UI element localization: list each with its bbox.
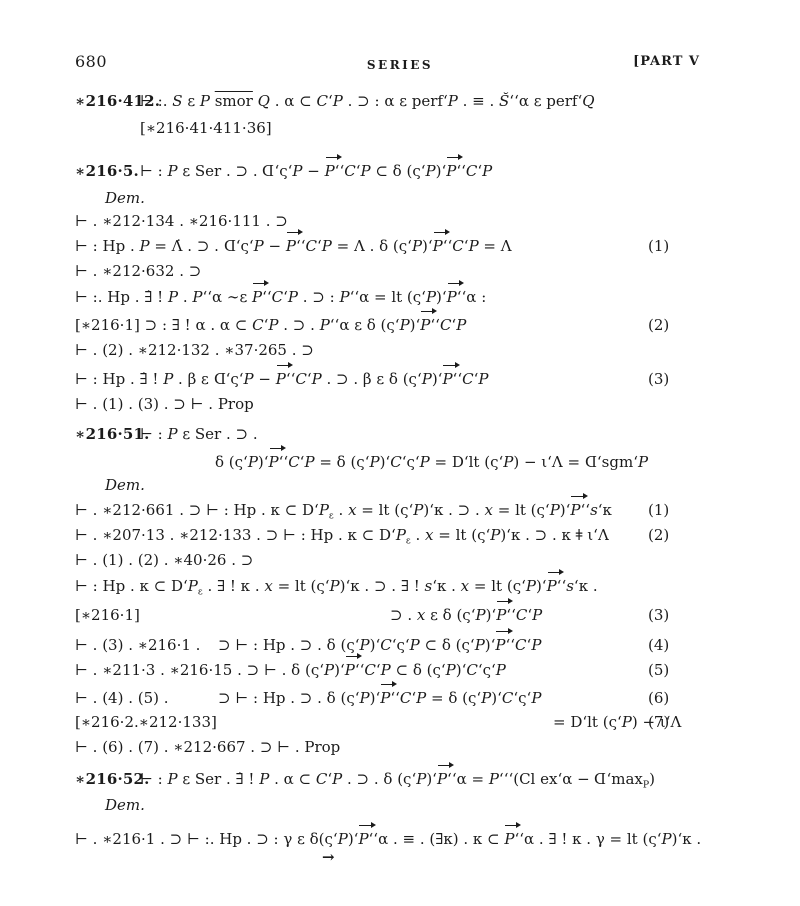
- proof-line: [∗216·2.∗212·133] = D‘lt (ς‘P) − ι‘Λ (7): [75, 713, 217, 732]
- proof-line: ⊢ : Hp . κ ⊂ D‘Pε . ∃ ! κ . x = lt (ς‘P)…: [75, 577, 598, 598]
- formula: [∗216·1] ⊃ : ∃ ! α . α ⊂ C‘P . ⊃ . P‘‘α …: [75, 316, 466, 334]
- dem-text: Dem.: [105, 189, 145, 207]
- prop-216-5-line: ∗216·5.⊢ : P ε Ser . ⊃ . D‘ς‘P − P‘‘C‘P …: [75, 162, 492, 181]
- equation-number: (3): [648, 370, 669, 389]
- equation-number: (4): [648, 636, 669, 655]
- part-label: [PART V: [633, 54, 700, 69]
- proof-line: [∗216·1] ⊃ : ∃ ! α . α ⊂ C‘P . ⊃ . P‘‘α …: [75, 316, 466, 335]
- formula-ref: ⊢ . (4) . (5) .: [75, 689, 169, 707]
- prop-216-51-line2: δ (ς‘P)‘P‘‘C‘P = δ (ς‘P)‘C‘ς‘P = D‘lt (ς…: [215, 453, 648, 472]
- proof-line: ⊢ : Hp . ∃̇ ! P . β ε D‘ς‘P − P‘‘C‘P . ⊃…: [75, 370, 488, 389]
- formula: ⊢ : Hp . ∃̇ ! P . β ε D‘ς‘P − P‘‘C‘P . ⊃…: [75, 370, 488, 388]
- formula-ref: [∗216·1]: [75, 606, 140, 624]
- proof-line: ⊢ . ∗212·661 . ⊃ ⊢ : Hp . κ ⊂ D‘Pε . x =…: [75, 501, 612, 522]
- formula-ref: [∗216·2.∗212·133]: [75, 713, 217, 731]
- proof-line: ⊢ . (3) . ∗216·1 . ⊃ ⊢ : Hp . ⊃ . δ (ς‘P…: [75, 636, 200, 655]
- formula: ⊃ . x ε δ (ς‘P)‘P‘‘C‘P: [390, 606, 542, 625]
- formula: ⊢ . ∗212·134 . ∗216·111 . ⊃: [75, 212, 288, 230]
- dem-text: Dem.: [105, 796, 145, 814]
- continuation-arrow-icon: →: [322, 848, 335, 866]
- formula: ⊢ : Hp . P = Λ̇ . ⊃ . D‘ς‘P − P‘‘C‘P = Λ…: [75, 237, 512, 255]
- formula: ⊢ . ∗212·661 . ⊃ ⊢ : Hp . κ ⊂ D‘Pε . x =…: [75, 501, 612, 519]
- formula: ⊢ : P ε Ser . ∃̇ ! P . α ⊂ C‘P . ⊃ . δ (…: [140, 770, 655, 788]
- formula: ⊢ :. Hp . ∃̇ ! P . P‘‘α ∼ε P‘‘C‘P . ⊃ : …: [75, 288, 486, 306]
- proof-line: ⊢ . ∗207·13 . ∗212·133 . ⊃ ⊢ : Hp . κ ⊂ …: [75, 526, 609, 547]
- dem-label: Dem.: [105, 796, 145, 815]
- proof-line: [∗216·1] ⊃ . x ε δ (ς‘P)‘P‘‘C‘P (3): [75, 606, 140, 625]
- proof-line: ⊢ . (1) . (2) . ∗40·26 . ⊃: [75, 551, 253, 570]
- formula: ⊢ . (1) . (3) . ⊃ ⊢ . Prop: [75, 395, 254, 413]
- formula: ⊢ : P ε Ser . ⊃ . D‘ς‘P − P‘‘C‘P ⊂ δ (ς‘…: [140, 162, 492, 180]
- equation-number: (1): [648, 501, 669, 520]
- equation-number: (5): [648, 661, 669, 680]
- equation-number: (7): [648, 713, 669, 732]
- prop-number: ∗216·5.: [75, 162, 140, 181]
- formula: ⊢ :. S ε P smor Q . α ⊂ C‘P . ⊃ : α ε pe…: [140, 92, 595, 110]
- proof-line: ⊢ . (6) . (7) . ∗212·667 . ⊃ ⊢ . Prop: [75, 738, 340, 757]
- book-page: 680 SERIES [PART V ∗216·412.⊢ :. S ε P s…: [0, 0, 800, 906]
- prop-216-51-line: ∗216·51.⊢ : P ε Ser . ⊃ .: [75, 425, 258, 444]
- reference: [∗216·41·411·36]: [140, 119, 272, 137]
- formula: δ (ς‘P)‘P‘‘C‘P = δ (ς‘P)‘C‘ς‘P = D‘lt (ς…: [215, 453, 648, 471]
- dem-label: Dem.: [105, 189, 145, 208]
- proof-line: ⊢ :. Hp . ∃̇ ! P . P‘‘α ∼ε P‘‘C‘P . ⊃ : …: [75, 288, 486, 307]
- formula: ⊢ . (1) . (2) . ∗40·26 . ⊃: [75, 551, 253, 569]
- proof-line: ⊢ . (4) . (5) . ⊃ ⊢ : Hp . ⊃ . δ (ς‘P)‘P…: [75, 689, 169, 708]
- proof-line: ⊢ : Hp . P = Λ̇ . ⊃ . D‘ς‘P − P‘‘C‘P = Λ…: [75, 237, 512, 256]
- prop-number: ∗216·51.: [75, 425, 140, 444]
- formula: ⊢ . (2) . ∗212·132 . ∗37·265 . ⊃: [75, 341, 314, 359]
- formula: ⊢ . ∗207·13 . ∗212·133 . ⊃ ⊢ : Hp . κ ⊂ …: [75, 526, 609, 544]
- formula: ⊢ : P ε Ser . ⊃ .: [140, 425, 258, 443]
- proof-line: ⊢ . (1) . (3) . ⊃ ⊢ . Prop: [75, 395, 254, 414]
- prop-216-412-line: ∗216·412.⊢ :. S ε P smor Q . α ⊂ C‘P . ⊃…: [75, 92, 595, 111]
- dem-text: Dem.: [105, 476, 145, 494]
- proof-line: ⊢ . (2) . ∗212·132 . ∗37·265 . ⊃: [75, 341, 314, 360]
- equation-number: (1): [648, 237, 669, 256]
- equation-number: (2): [648, 316, 669, 335]
- dem-label: Dem.: [105, 476, 145, 495]
- equation-number: (2): [648, 526, 669, 545]
- formula: ⊃ ⊢ : Hp . ⊃ . δ (ς‘P)‘P‘‘C‘P = δ (ς‘P)‘…: [218, 689, 541, 708]
- formula: ⊢ . ∗216·1 . ⊃ ⊢ :. Hp . ⊃ : γ ε δ(ς‘P)‘…: [75, 830, 701, 848]
- equation-number: (3): [648, 606, 669, 625]
- prop-216-52-line: ∗216·52.⊢ : P ε Ser . ∃̇ ! P . α ⊂ C‘P .…: [75, 770, 655, 791]
- formula: ⊢ . (6) . (7) . ∗212·667 . ⊃ ⊢ . Prop: [75, 738, 340, 756]
- equation-number: (6): [648, 689, 669, 708]
- proof-line: ⊢ . ∗212·632 . ⊃: [75, 262, 201, 281]
- prop-number: ∗216·52.: [75, 770, 140, 789]
- formula: ⊢ . ∗211·3 . ∗216·15 . ⊃ ⊢ . δ (ς‘P)‘P‘‘…: [75, 661, 506, 679]
- formula: ⊃ ⊢ : Hp . ⊃ . δ (ς‘P)‘C‘ς‘P ⊂ δ (ς‘P)‘P…: [218, 636, 541, 655]
- prop-216-412-ref: [∗216·41·411·36]: [140, 119, 272, 138]
- formula: ⊢ : Hp . κ ⊂ D‘Pε . ∃ ! κ . x = lt (ς‘P)…: [75, 577, 598, 595]
- proof-line: ⊢ . ∗211·3 . ∗216·15 . ⊃ ⊢ . δ (ς‘P)‘P‘‘…: [75, 661, 506, 680]
- formula-ref: ⊢ . (3) . ∗216·1 .: [75, 636, 200, 654]
- prop-number: ∗216·412.: [75, 92, 140, 111]
- proof-line: ⊢ . ∗216·1 . ⊃ ⊢ :. Hp . ⊃ : γ ε δ(ς‘P)‘…: [75, 830, 701, 849]
- proof-line: ⊢ . ∗212·134 . ∗216·111 . ⊃: [75, 212, 288, 231]
- formula: ⊢ . ∗212·632 . ⊃: [75, 262, 201, 280]
